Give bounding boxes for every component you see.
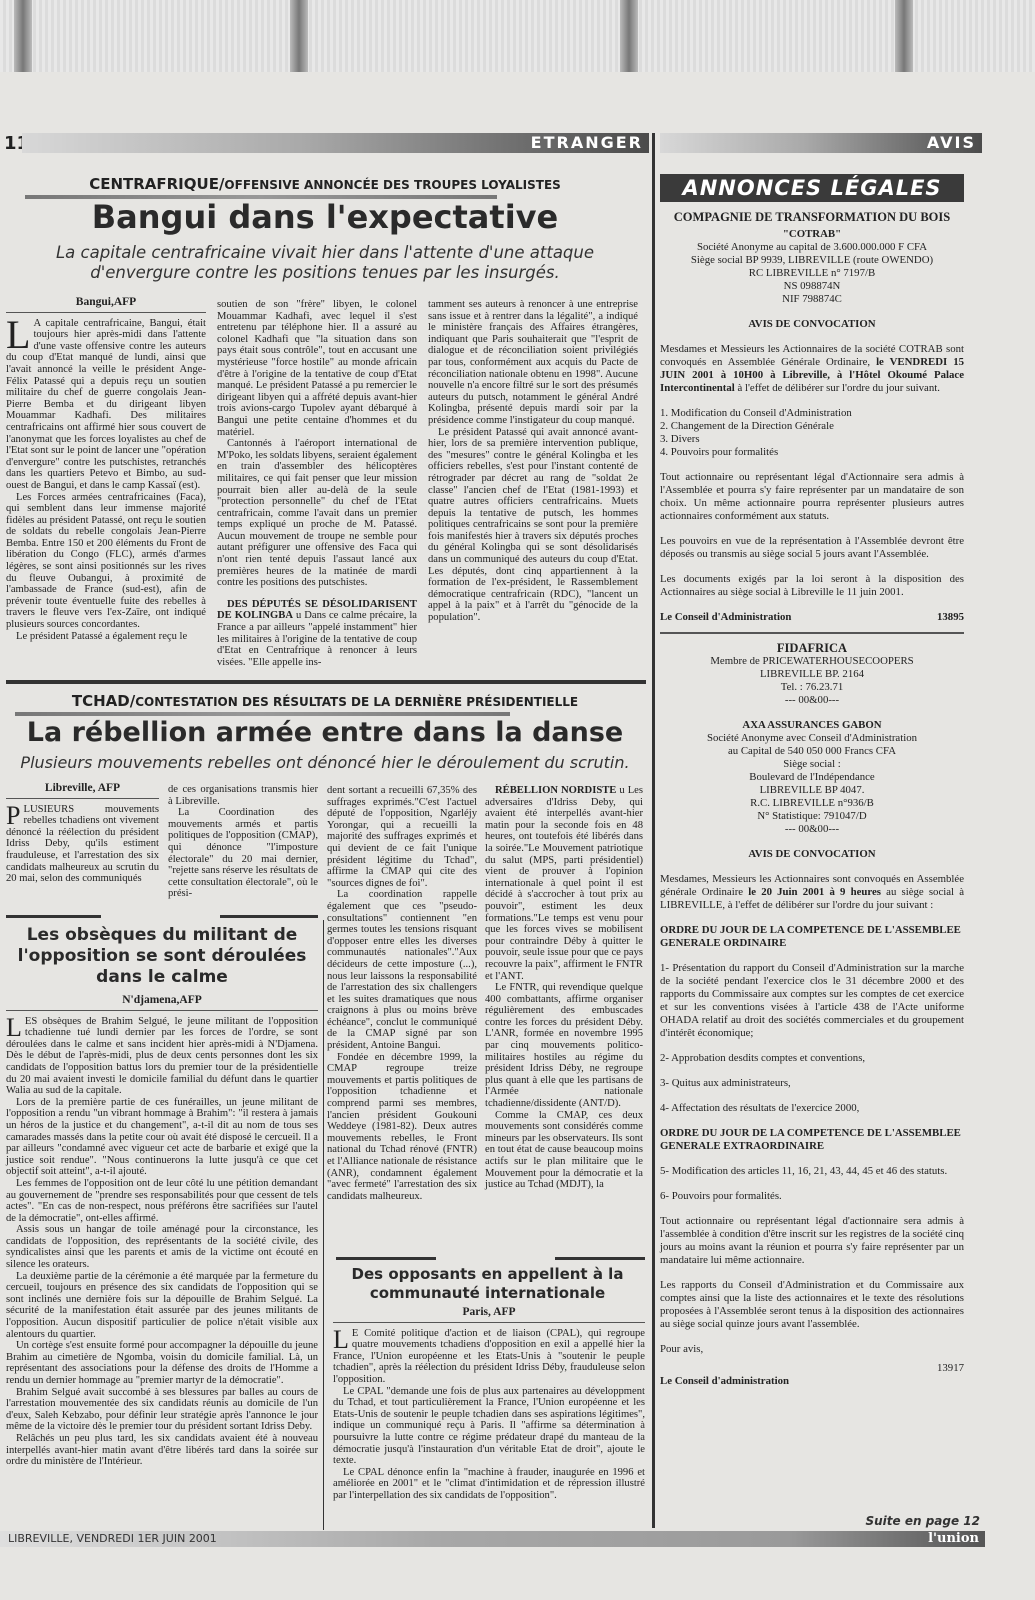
- subhead: RÉBELLION NORDISTE: [495, 785, 616, 796]
- section-label: ETRANGER: [531, 133, 643, 153]
- dateline: Bangui,AFP: [6, 297, 206, 313]
- paragraph: u Les adversaires d'Idriss Deby, qui ava…: [485, 785, 643, 982]
- article-headline: Des opposants en appellent à la communau…: [330, 1265, 645, 1303]
- company-info: LIBREVILLE BP. 2164: [660, 668, 964, 681]
- company-info: au Capital de 540 050 000 Francs CFA: [660, 745, 964, 758]
- dateline: Paris, AFP: [333, 1307, 645, 1323]
- section-bar-avis: AVIS: [660, 133, 982, 153]
- kicker-country: CENTRAFRIQUE/: [89, 175, 224, 193]
- article-deck: La capitale centrafricaine vivait hier d…: [5, 243, 645, 283]
- paragraph: Le FNTR, qui revendique quelque 400 comb…: [485, 982, 643, 1110]
- paragraph: Le président Patassé qui avait annoncé a…: [428, 427, 638, 624]
- section-bar-etranger: ETRANGER: [22, 133, 649, 153]
- article-column: Libreville, AFP P LUSIEURS mouvements re…: [6, 783, 159, 885]
- agenda-item: 3- Quitus aux administrateurs,: [660, 1077, 964, 1090]
- agenda-item: 1. Modification du Conseil d'Administrat…: [660, 407, 964, 420]
- company-info: NS 098874N: [660, 280, 964, 293]
- paragraph: Relâchés un peu plus tard, les six candi…: [6, 1433, 318, 1468]
- company-info: R.C. LIBREVILLE n°936/B: [660, 797, 964, 810]
- agenda-item: 5- Modification des articles 11, 16, 21,…: [660, 1165, 964, 1178]
- notice-text: Les pouvoirs en vue de la représentation…: [660, 535, 964, 561]
- article-kicker: TCHAD/Contestation des résultats de la d…: [20, 692, 630, 710]
- notice-title: AVIS DE CONVOCATION: [660, 848, 964, 861]
- legal-banner: ANNONCES LÉGALES: [660, 174, 964, 202]
- section-label: AVIS: [927, 133, 976, 153]
- column-divider: [652, 133, 655, 1528]
- drop-cap: L: [6, 1017, 22, 1039]
- article-column: Paris, AFP L E Comité politique d'action…: [333, 1307, 645, 1502]
- company-info: Membre de PRICEWATERHOUSECOOPERS: [660, 655, 964, 668]
- article-kicker: CENTRAFRIQUE/Offensive annoncée des trou…: [25, 175, 625, 193]
- separator: --- 00&00---: [660, 694, 964, 707]
- drop-cap: P: [6, 805, 20, 827]
- agenda-item: 4- Affectation des résultats de l'exerci…: [660, 1102, 964, 1115]
- article-column: N'djamena,AFP L ES obsèques de Brahim Se…: [6, 995, 318, 1468]
- company-info: Siège social :: [660, 758, 964, 771]
- notice-title: AVIS DE CONVOCATION: [660, 318, 964, 331]
- scan-artifact: [14, 0, 32, 74]
- article-column: soutien de son "frère" libyen, le colone…: [217, 299, 417, 668]
- article-column: tamment ses auteurs à renoncer à une ent…: [428, 299, 638, 624]
- company-info: Boulevard de l'Indépendance: [660, 771, 964, 784]
- agenda-heading: ORDRE DU JOUR DE LA COMPETENCE DE L'ASSE…: [660, 924, 964, 950]
- headline-rule: [336, 1257, 436, 1260]
- reference-number: 13895: [937, 611, 964, 624]
- notice-signature-row: Le Conseil d'Administration 13895: [660, 611, 964, 624]
- kicker-topic: Offensive annoncée des troupes loyaliste…: [224, 178, 560, 192]
- scan-artifact: [895, 0, 913, 74]
- paragraph: ES obsèques de Brahim Selgué, le jeune m…: [6, 1016, 318, 1097]
- notice-text: Tout actionnaire ou représentant légal d…: [660, 1215, 964, 1267]
- article-headline: Bangui dans l'expectative: [20, 197, 630, 237]
- continued-link[interactable]: Suite en page 12: [865, 1514, 980, 1528]
- dateline: N'djamena,AFP: [6, 995, 318, 1011]
- paragraph: Les femmes de l'opposition ont de leur c…: [6, 1178, 318, 1224]
- article-column: de ces organisations transmis hier à Lib…: [168, 784, 318, 900]
- footer-bar: LIBREVILLE, VENDREDI 1ER JUIN 2001 l'uni…: [0, 1531, 985, 1547]
- separator: --- 00&00---: [660, 823, 964, 836]
- company-info: LIBREVILLE BP 4047.: [660, 784, 964, 797]
- paragraph: Fondée en décembre 1999, la CMAP regroup…: [327, 1052, 477, 1203]
- article-headline: La rébellion armée entre dans la danse: [10, 715, 640, 751]
- drop-cap: L: [6, 319, 30, 351]
- column-divider: [323, 920, 324, 1530]
- paragraph: La Coordination des mouvements armés et …: [168, 807, 318, 900]
- paragraph: Le CPAL "demande une fois de plus aux pa…: [333, 1386, 645, 1467]
- notice-date: le 20 Juin 2001 à 9 heures: [748, 886, 881, 898]
- scan-margin: [0, 0, 1035, 74]
- paragraph: La coordination rappelle également que c…: [327, 889, 477, 1051]
- dateline: Libreville, AFP: [6, 783, 159, 799]
- article-column: RÉBELLION NORDISTE u Les adversaires d'I…: [485, 785, 643, 1191]
- paragraph: Un cortège s'est ensuite formé pour acco…: [6, 1340, 318, 1386]
- notice-text: Pour avis,: [660, 1343, 964, 1356]
- company-info: RC LIBREVILLE n° 7197/B: [660, 267, 964, 280]
- company-info: Société Anonyme avec Conseil d'Administr…: [660, 732, 964, 745]
- signature: Le Conseil d'administration: [660, 1375, 964, 1388]
- legal-notices: ANNONCES LÉGALES COMPAGNIE DE TRANSFORMA…: [660, 174, 964, 1388]
- company-info: Société Anonyme au capital de 3.600.000.…: [660, 241, 964, 254]
- company-info: Siège social BP 9939, LIBREVILLE (route …: [660, 254, 964, 267]
- newspaper-logo: l'union: [928, 1531, 979, 1547]
- issue-date: LIBREVILLE, VENDREDI 1ER JUIN 2001: [8, 1531, 217, 1547]
- reference-number: 13917: [660, 1362, 964, 1375]
- headline-rule: [6, 915, 101, 918]
- agenda-item: 4. Pouvoirs pour formalités: [660, 446, 964, 459]
- paragraph: LUSIEURS mouvements rebelles tchadiens o…: [6, 804, 159, 885]
- article-divider: [6, 680, 646, 684]
- agenda-item: 6- Pouvoirs pour formalités.: [660, 1190, 964, 1203]
- agenda-item: 2- Approbation desdits comptes et conven…: [660, 1052, 964, 1065]
- company-name: FIDAFRICA: [660, 642, 964, 655]
- article-column: dent sortant a recueilli 67,35% des suff…: [327, 785, 477, 1202]
- paragraph: La deuxième partie de la cérémonie a été…: [6, 1271, 318, 1341]
- paragraph: tamment ses auteurs à renoncer à une ent…: [428, 299, 638, 427]
- paragraph: Les Forces armées centrafricaines (Faca)…: [6, 492, 206, 631]
- article-column: Bangui,AFP L A capitale centrafricaine, …: [6, 297, 206, 642]
- article-headline: Les obsèques du militant de l'opposition…: [6, 925, 318, 988]
- paragraph: Cantonnés à l'aéroport international de …: [217, 438, 417, 589]
- notice-text: Tout actionnaire ou représentant légal d…: [660, 471, 964, 523]
- paragraph: E Comité politique d'action et de liaiso…: [333, 1328, 645, 1386]
- notice-text: Les rapports du Conseil d'Administration…: [660, 1279, 964, 1331]
- kicker-country: TCHAD/: [72, 692, 135, 710]
- agenda-item: 3. Divers: [660, 433, 964, 446]
- scan-artifact: [290, 0, 308, 74]
- company-info: Tel. : 76.23.71: [660, 681, 964, 694]
- drop-cap: L: [333, 1329, 349, 1351]
- agenda-heading: ORDRE DU JOUR DE LA COMPETENCE DE L'ASSE…: [660, 1127, 964, 1153]
- headline-rule: [555, 1257, 645, 1260]
- paragraph: dent sortant a recueilli 67,35% des suff…: [327, 785, 477, 889]
- paragraph: Le président Patassé a également reçu le: [6, 631, 206, 643]
- paragraph: Lors de la première partie de ces funéra…: [6, 1097, 318, 1178]
- paragraph: Assis sous un hangar de toile aménagé po…: [6, 1224, 318, 1270]
- notice-text: à l'effet de délibérer sur l'ordre du jo…: [735, 382, 940, 394]
- company-info: N° Statistique: 791047/D: [660, 810, 964, 823]
- paragraph: Le CPAL dénonce enfin la "machine à frau…: [333, 1467, 645, 1502]
- company-abbr: "COTRAB": [660, 228, 964, 241]
- headline-rule: [220, 915, 318, 918]
- agenda-item: 1- Présentation du rapport du Conseil d'…: [660, 962, 964, 1040]
- article-deck: Plusieurs mouvements rebelles ont dénonc…: [10, 753, 640, 773]
- scan-artifact: [620, 0, 638, 74]
- company-name: COMPAGNIE DE TRANSFORMATION DU BOIS: [660, 210, 964, 225]
- paragraph: A capitale centrafricaine, Bangui, était…: [6, 318, 206, 492]
- notice-text: Les documents exigés par la loi seront à…: [660, 573, 964, 599]
- kicker-topic: Contestation des résultats de la dernièr…: [135, 695, 578, 709]
- agenda-item: 2. Changement de la Direction Générale: [660, 420, 964, 433]
- paragraph: soutien de son "frère" libyen, le colone…: [217, 299, 417, 438]
- company-name: AXA ASSURANCES GABON: [660, 719, 964, 732]
- paragraph: Comme la CMAP, ces deux mouvements sont …: [485, 1110, 643, 1191]
- paragraph: de ces organisations transmis hier à Lib…: [168, 784, 318, 807]
- paragraph: Brahim Selgué avait succombé à ses bless…: [6, 1387, 318, 1433]
- signature: Le Conseil d'Administration: [660, 611, 791, 624]
- company-info: NIF 798874C: [660, 293, 964, 306]
